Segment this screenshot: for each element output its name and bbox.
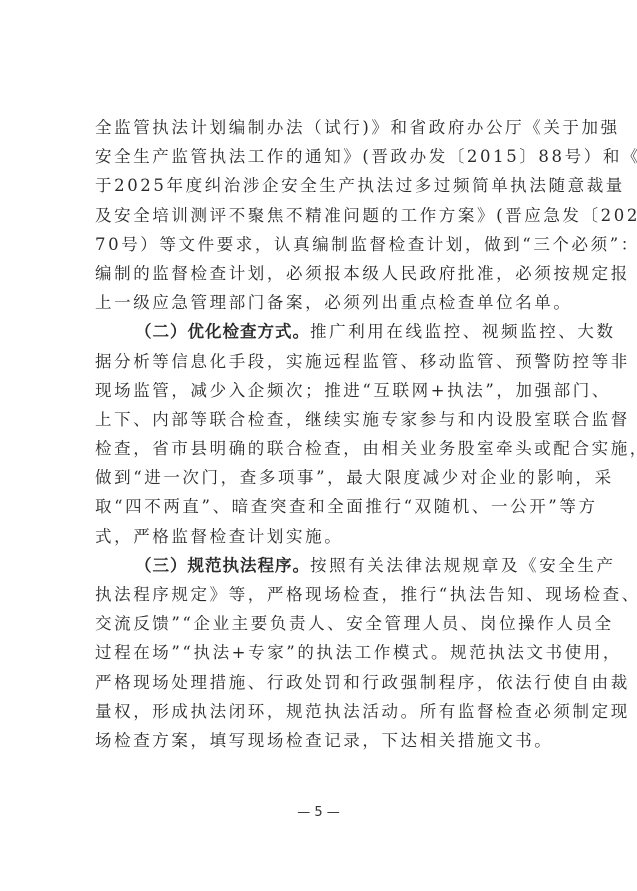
text-line: 做到“进一次门，查多项事”，最大限度减少对企业的影响，采 — [95, 463, 558, 492]
text-line: 式，严格监督检查计划实施。 — [95, 522, 558, 551]
section-standardize-procedure: （三）规范执法程序。按照有关法律法规规章及《安全生产 执法程序规定》等，严格现场… — [95, 551, 558, 755]
section-heading: （三）规范执法程序。 — [135, 556, 310, 575]
text-line: 安全生产监管执法工作的通知》(晋政办发〔2015〕88号）和《关 — [95, 142, 558, 171]
section-optimize-inspection: （二）优化检查方式。推广利用在线监控、视频监控、大数 据分析等信息化手段，实施远… — [95, 317, 558, 551]
section-first-line: （二）优化检查方式。推广利用在线监控、视频监控、大数 — [95, 317, 558, 346]
text-line: 过程在场”“执法+专家”的执法工作模式。规范执法文书使用， — [95, 638, 558, 667]
text-line: 全监管执法计划编制办法（试行)》和省政府办公厅《关于加强 — [95, 113, 558, 142]
text-line: 现场监管，减少入企频次；推进“互联网+执法”，加强部门、 — [95, 376, 558, 405]
text-line: 检查，省市县明确的联合检查，由相关业务股室牵头或配合实施， — [95, 434, 558, 463]
paragraph-continuation: 全监管执法计划编制办法（试行)》和省政府办公厅《关于加强 安全生产监管执法工作的… — [95, 113, 558, 317]
text-line: 上下、内部等联合检查，继续实施专家参与和内设股室联合监督 — [95, 405, 558, 434]
text-line: 交流反馈”“企业主要负责人、安全管理人员、岗位操作人员全 — [95, 609, 558, 638]
document-body: 全监管执法计划编制办法（试行)》和省政府办公厅《关于加强 安全生产监管执法工作的… — [95, 113, 558, 755]
text-line: 取“四不两直”、暗查突查和全面推行“双随机、一公开”等方 — [95, 492, 558, 521]
section-first-line-text: 推广利用在线监控、视频监控、大数 — [310, 322, 616, 341]
section-heading: （二）优化检查方式。 — [135, 322, 310, 341]
text-line: 编制的监督检查计划，必须报本级人民政府批准，必须按规定报 — [95, 259, 558, 288]
text-line: 及安全培训测评不聚焦不精准问题的工作方案》(晋应急发〔2025〕 — [95, 201, 558, 230]
text-line: 严格现场处理措施、行政处罚和行政强制程序，依法行使自由裁 — [95, 668, 558, 697]
text-line: 执法程序规定》等，严格现场检查，推行“执法告知、现场检查、 — [95, 580, 558, 609]
text-line: 据分析等信息化手段，实施远程监管、移动监管、预警防控等非 — [95, 347, 558, 376]
section-first-line-text: 按照有关法律法规规章及《安全生产 — [310, 556, 616, 575]
section-first-line: （三）规范执法程序。按照有关法律法规规章及《安全生产 — [95, 551, 558, 580]
text-line: 70号）等文件要求，认真编制监督检查计划，做到“三个必须”： — [95, 230, 558, 259]
page-number: — 5 — — [0, 805, 637, 820]
text-line: 上一级应急管理部门备案，必须列出重点检查单位名单。 — [95, 288, 558, 317]
text-line: 量权，形成执法闭环，规范执法活动。所有监督检查必须制定现 — [95, 697, 558, 726]
text-line: 于2025年度纠治涉企安全生产执法过多过频简单执法随意裁量 — [95, 171, 558, 200]
text-line: 场检查方案，填写现场检查记录，下达相关措施文书。 — [95, 726, 558, 755]
